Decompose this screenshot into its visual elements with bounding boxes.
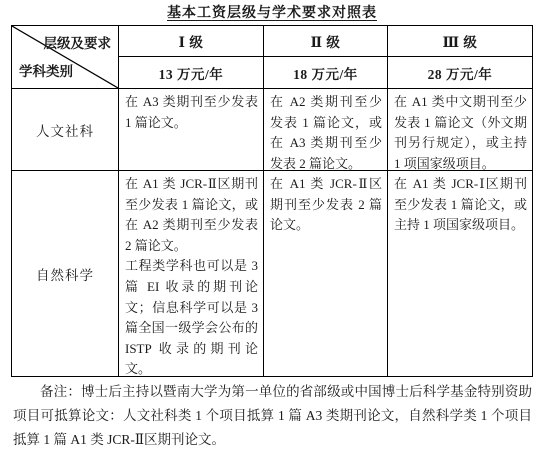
footnote: 备注：博士后主持以暨南大学为第一单位的省部级或中国博士后科学基金特别资助项目可抵… [13, 380, 532, 452]
requirement-text: 在 A1 类 JCR-Ⅱ区期刊至少发表 1 篇论文，或在 A2 类期刊至少发表 … [125, 174, 258, 256]
header-salary-3: 28 万元/年 [388, 57, 532, 89]
requirement-text: 在 A3 类期刊至少发表 1 篇论文。 [125, 92, 258, 133]
header-level-1: Ⅰ 级 [119, 26, 264, 57]
humanities-level3-cell: 在 A1 类中文期刊至少发表 1 篇论文（外文期刊另行规定），或主持 1 项国家… [388, 89, 532, 171]
requirement-text: 在 A1 类 JCR-Ⅱ区期刊至少发表 2 篇论文。 [270, 174, 382, 236]
corner-label-levels: 层级及要求 [44, 32, 112, 52]
requirement-text: 在 A1 类 JCR-Ⅰ区期刊至少发表 1 篇论文，或主持 1 项国家级项目。 [394, 174, 527, 236]
science-level1-cell: 在 A1 类 JCR-Ⅱ区期刊至少发表 1 篇论文，或在 A2 类期刊至少发表 … [119, 171, 264, 376]
page-title-text: 基本工资层级与学术要求对照表 [167, 6, 377, 21]
footnote-text: 备注：博士后主持以暨南大学为第一单位的省部级或中国博士后科学基金特别资助项目可抵… [13, 384, 532, 447]
science-level2-cell: 在 A1 类 JCR-Ⅱ区期刊至少发表 2 篇论文。 [264, 171, 388, 376]
page-title: 基本工资层级与学术要求对照表 [0, 2, 544, 22]
category-humanities: 人文社科 [12, 89, 119, 171]
salary-requirements-table: 层级及要求 学科类别 Ⅰ 级 Ⅱ 级 Ⅲ 级 13 万元/年 18 万元/年 2… [11, 25, 533, 377]
requirement-text: 在 A1 类中文期刊至少发表 1 篇论文（外文期刊另行规定），或主持 1 项国家… [394, 92, 527, 171]
document-page: 基本工资层级与学术要求对照表 层级及要求 学科类别 Ⅰ 级 Ⅱ 级 Ⅲ 级 13… [0, 0, 544, 457]
humanities-level1-cell: 在 A3 类期刊至少发表 1 篇论文。 [119, 89, 264, 171]
header-level-2: Ⅱ 级 [264, 26, 388, 57]
requirement-text: 在 A2 类期刊至少发表 1 篇论文，或在 A3 类期刊至少发表 2 篇论文。 [270, 92, 382, 171]
science-level3-cell: 在 A1 类 JCR-Ⅰ区期刊至少发表 1 篇论文，或主持 1 项国家级项目。 [388, 171, 532, 376]
header-salary-2: 18 万元/年 [264, 57, 388, 89]
header-level-3: Ⅲ 级 [388, 26, 532, 57]
header-salary-1: 13 万元/年 [119, 57, 264, 89]
humanities-level2-cell: 在 A2 类期刊至少发表 1 篇论文，或在 A3 类期刊至少发表 2 篇论文。 [264, 89, 388, 171]
corner-header-cell: 层级及要求 学科类别 [12, 26, 119, 89]
corner-label-disciplines: 学科类别 [19, 60, 73, 80]
requirement-text: 工程类学科也可以是 3 篇 EI 收录的期刊论文；信息科学可以是 3 篇全国一级… [125, 256, 258, 376]
category-natural-science: 自然科学 [12, 171, 119, 376]
